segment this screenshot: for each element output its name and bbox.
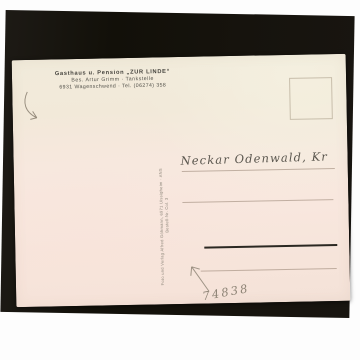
postcard-photo: Gasthaus u. Pension „ZUR LINDE“ Bes. Art… [0,0,360,360]
handwritten-destination: Neckar Odenwald, Kr [180,149,328,167]
imprint-address-phone: 6931 Wagenschwend · Tel. (06274) 358 [45,82,180,91]
sender-imprint: Gasthaus u. Pension „ZUR LINDE“ Bes. Art… [45,68,181,91]
address-line-3-dark [204,244,337,249]
postcard-back: Gasthaus u. Pension „ZUR LINDE“ Bes. Art… [12,54,351,307]
stamp-box [289,77,333,120]
pencil-curved-arrow-icon [20,89,57,128]
address-line-2 [182,199,333,203]
address-line-1 [182,168,335,172]
address-line-4 [201,268,337,272]
